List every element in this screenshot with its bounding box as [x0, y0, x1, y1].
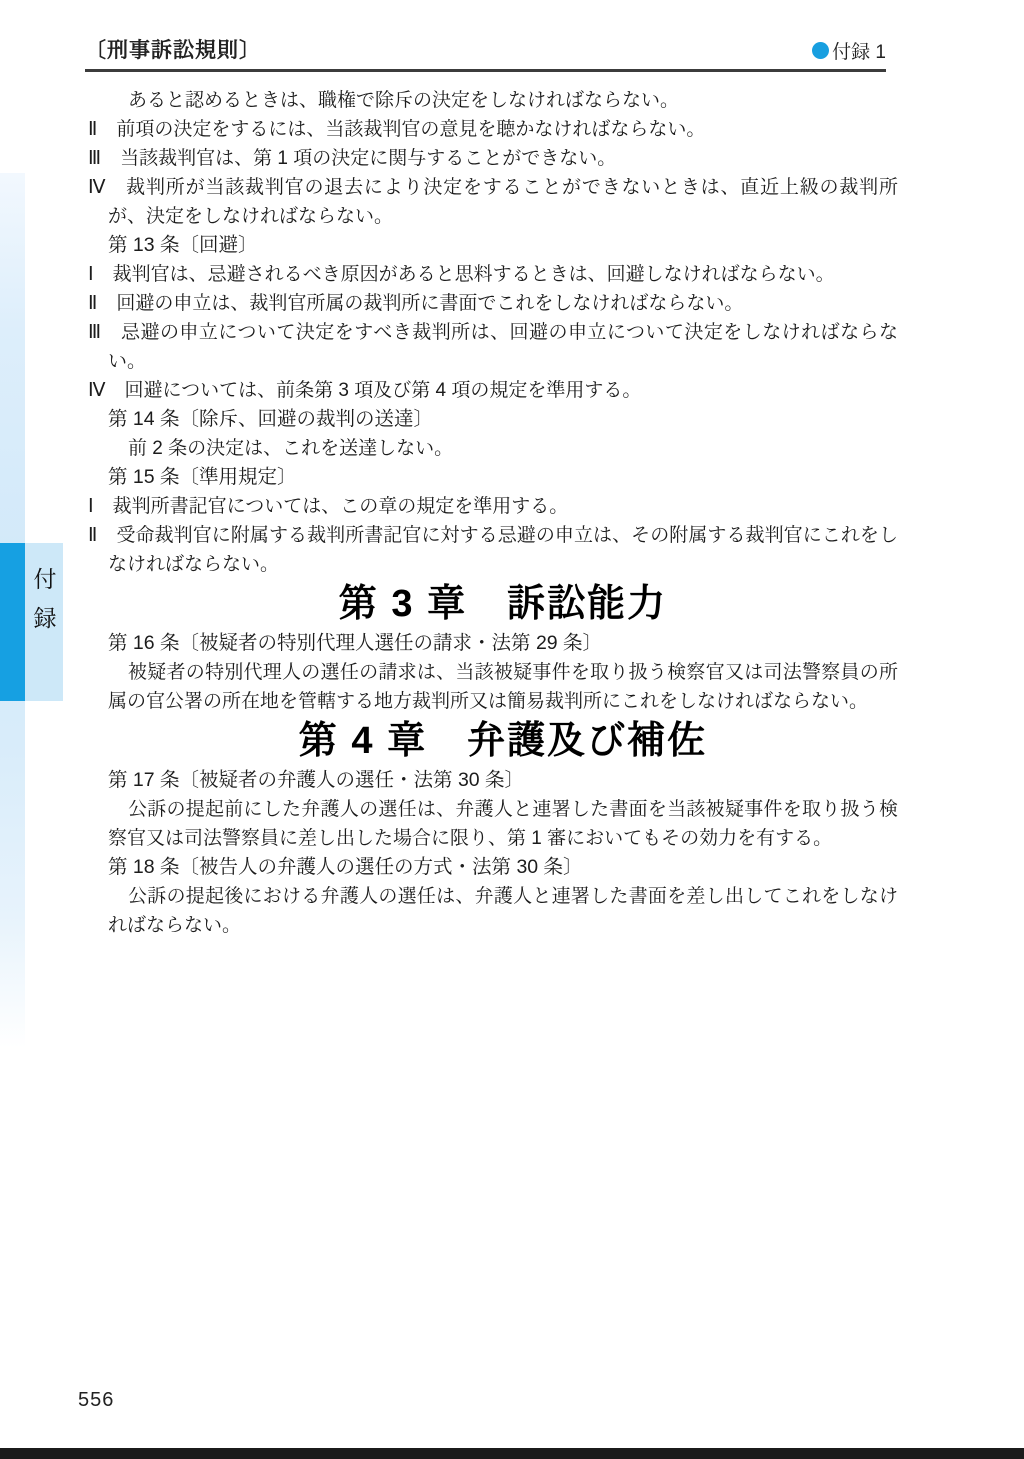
article-heading: 第 14 条〔除斥、回避の裁判の送達〕 [108, 405, 898, 434]
appendix-side-tab: 付録 [0, 543, 63, 701]
bottom-edge-bar [0, 1448, 1024, 1459]
appendix-reference-label: 付録 1 [832, 37, 886, 64]
appendix-tab-color-bar [0, 543, 25, 701]
paragraph: 公訴の提起後における弁護人の選任は、弁護人と連署した書面を差し出してこれをしなけ… [108, 882, 898, 940]
list-item: Ⅳ 回避については、前条第 3 項及び第 4 項の規定を準用する。 [108, 376, 898, 405]
page-header-title: 〔刑事訴訟規則〕 [85, 34, 261, 64]
list-item: Ⅰ 裁判所書記官については、この章の規定を準用する。 [108, 492, 898, 521]
article-heading: 第 15 条〔準用規定〕 [108, 463, 898, 492]
list-item: Ⅱ 受命裁判官に附属する裁判所書記官に対する忌避の申立は、その附属する裁判官にこ… [108, 521, 898, 579]
paragraph: 前 2 条の決定は、これを送達しない。 [108, 434, 898, 463]
page-number: 556 [78, 1389, 114, 1412]
list-item: Ⅳ 裁判所が当該裁判官の退去により決定をすることができないときは、直近上級の裁判… [108, 173, 898, 231]
paragraph: 公訴の提起前にした弁護人の選任は、弁護人と連署した書面を当該被疑事件を取り扱う検… [108, 795, 898, 853]
page-header: 〔刑事訴訟規則〕 付録 1 [85, 34, 886, 72]
bullet-circle-icon [812, 42, 829, 59]
list-item: Ⅲ 当該裁判官は、第 1 項の決定に関与することができない。 [108, 144, 898, 173]
document-body: あると認めるときは、職権で除斥の決定をしなければならない。 Ⅱ 前項の決定をする… [108, 86, 898, 940]
article-heading: 第 17 条〔被疑者の弁護人の選任・法第 30 条〕 [108, 766, 898, 795]
article-heading: 第 18 条〔被告人の弁護人の選任の方式・法第 30 条〕 [108, 853, 898, 882]
book-page: { "header": { "title": "〔刑事訴訟規則〕", "appe… [0, 0, 1024, 1459]
article-heading: 第 13 条〔回避〕 [108, 231, 898, 260]
chapter-heading: 第 3 章 訴訟能力 [108, 579, 898, 629]
paragraph: 被疑者の特別代理人の選任の請求は、当該被疑事件を取り扱う検察官又は司法警察員の所… [108, 658, 898, 716]
appendix-tab-label: 付録 [28, 543, 61, 701]
list-item: Ⅱ 回避の申立は、裁判官所属の裁判所に書面でこれをしなければならない。 [108, 289, 898, 318]
list-item: Ⅱ 前項の決定をするには、当該裁判官の意見を聴かなければならない。 [108, 115, 898, 144]
appendix-reference: 付録 1 [812, 37, 886, 64]
body-line: あると認めるときは、職権で除斥の決定をしなければならない。 [108, 86, 898, 115]
appendix-tab-panel: 付録 [25, 543, 63, 701]
article-heading: 第 16 条〔被疑者の特別代理人選任の請求・法第 29 条〕 [108, 629, 898, 658]
chapter-heading: 第 4 章 弁護及び補佐 [108, 716, 898, 766]
list-item: Ⅲ 忌避の申立について決定をすべき裁判所は、回避の申立について決定をしなければな… [108, 318, 898, 376]
list-item: Ⅰ 裁判官は、忌避されるべき原因があると思料するときは、回避しなければならない。 [108, 260, 898, 289]
